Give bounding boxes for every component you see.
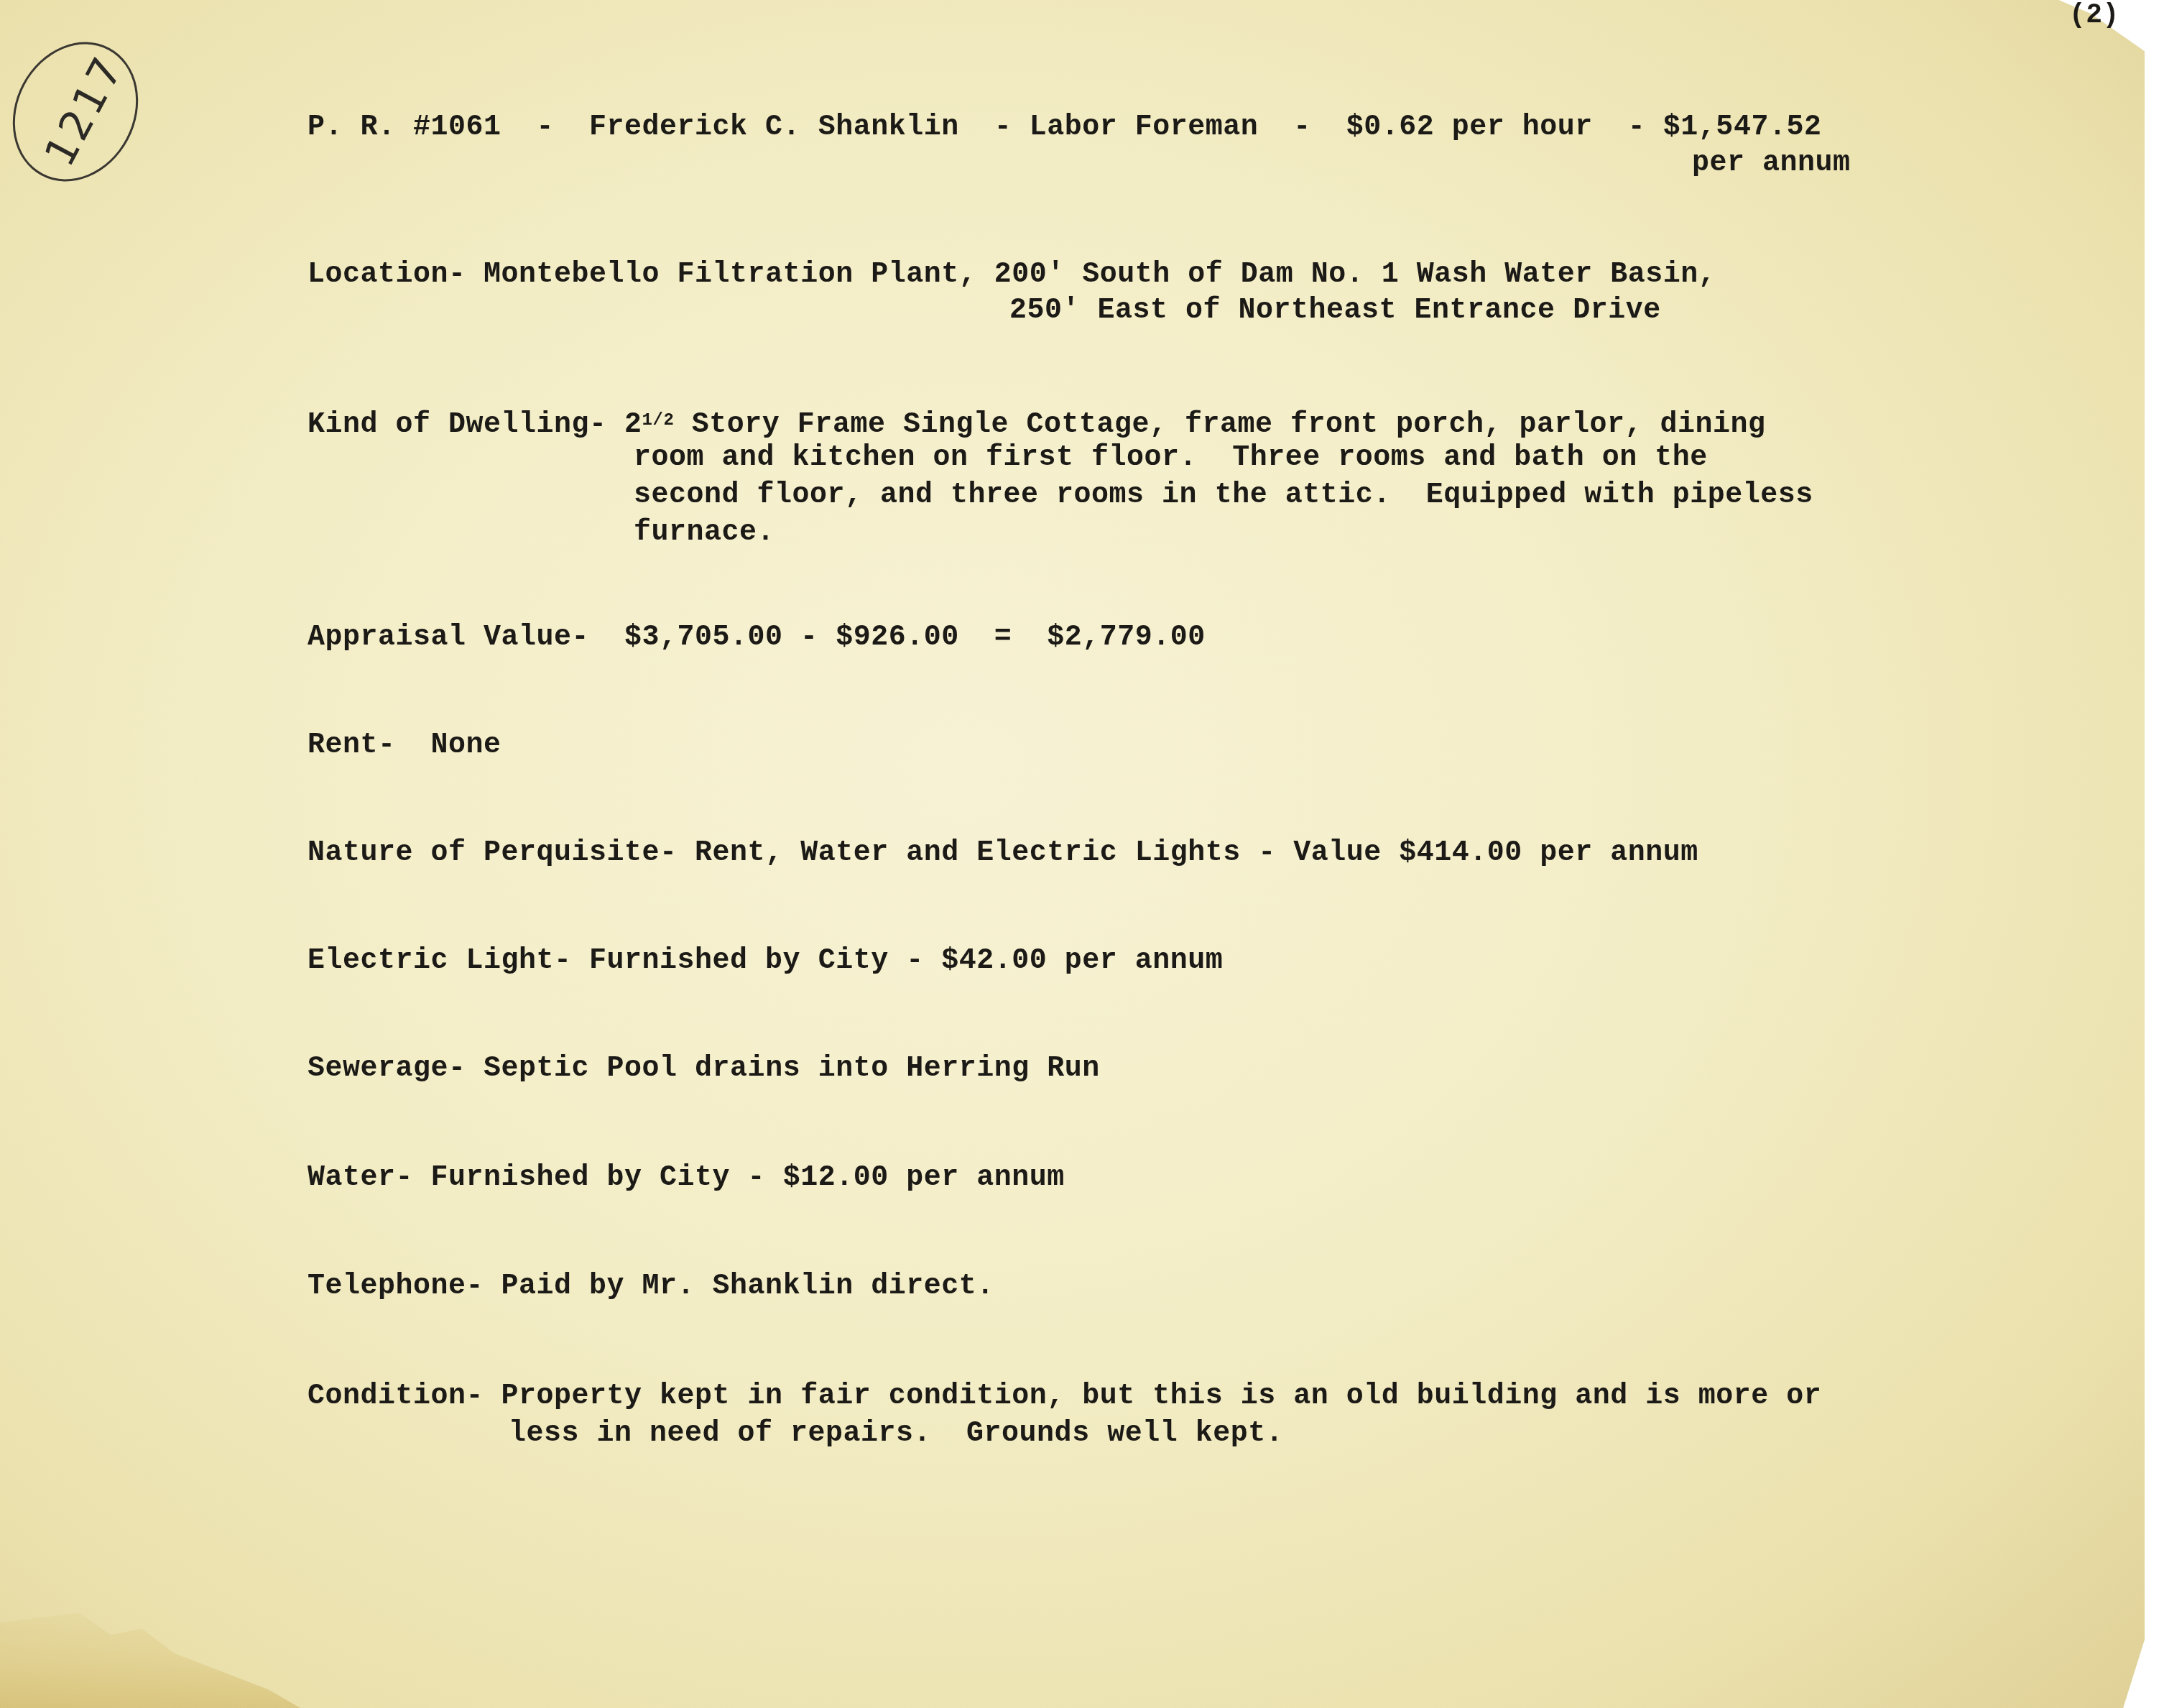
condition-line2: less in need of repairs. Grounds well ke… [509, 1416, 1283, 1453]
perquisite-label: Nature of Perquisite- [308, 837, 678, 869]
location-line1: Montebello Filtration Plant, 200' South … [484, 259, 1716, 291]
appraisal-row: Appraisal Value- $3,705.00 - $926.00 = $… [308, 619, 1206, 657]
dwelling-line2: room and kitchen on first floor. Three r… [634, 440, 1708, 477]
dwelling-line3: second floor, and three rooms in the att… [634, 477, 1813, 514]
sewerage-row: Sewerage- Septic Pool drains into Herrin… [308, 1051, 1100, 1088]
rent-label: Rent- [308, 729, 396, 762]
employee-title: Labor Foreman [1030, 111, 1259, 144]
dwelling-line1: Story Frame Single Cottage, frame front … [692, 409, 1766, 441]
pr-number: P. R. #1061 [308, 111, 501, 144]
employee-name: Frederick C. Shanklin [589, 111, 959, 144]
electric-label: Electric Light- [308, 945, 572, 977]
hourly-rate: $0.62 per hour [1346, 111, 1593, 144]
story-whole: 2 [624, 409, 642, 441]
telephone-label: Telephone- [308, 1270, 484, 1303]
condition-line1: Property kept in fair condition, but thi… [501, 1380, 1822, 1413]
sewerage-label: Sewerage- [308, 1053, 466, 1085]
sewerage-value: Septic Pool drains into Herring Run [484, 1053, 1100, 1085]
rent-value: None [431, 729, 501, 762]
location-row: Location- Montebello Filtration Plant, 2… [308, 257, 1716, 294]
telephone-row: Telephone- Paid by Mr. Shanklin direct. [308, 1268, 994, 1306]
dwelling-row: Kind of Dwelling- 21/2 Story Frame Singl… [308, 402, 1766, 444]
dwelling-label: Kind of Dwelling- [308, 409, 607, 441]
location-line2: 250' East of Northeast Entrance Drive [1009, 292, 1661, 330]
annual-suffix: per annum [1692, 145, 1851, 183]
typed-document: (2) 1217 P. R. #1061 - Frederick C. Shan… [0, 0, 2164, 1708]
perquisite-row: Nature of Perquisite- Rent, Water and El… [308, 835, 1698, 872]
header-line: P. R. #1061 - Frederick C. Shanklin - La… [308, 109, 1821, 147]
water-row: Water- Furnished by City - $12.00 per an… [308, 1160, 1065, 1197]
water-value: Furnished by City - $12.00 per annum [431, 1162, 1065, 1194]
annual-amount: $1,547.52 [1663, 111, 1822, 144]
story-fraction: 1/2 [642, 411, 675, 430]
rent-row: Rent- None [308, 727, 501, 765]
electric-row: Electric Light- Furnished by City - $42.… [308, 943, 1223, 980]
appraisal-label: Appraisal Value- [308, 622, 589, 654]
page-number: (2) [2069, 0, 2119, 31]
water-label: Water- [308, 1162, 413, 1194]
appraisal-value: $3,705.00 - $926.00 = $2,779.00 [624, 622, 1206, 654]
telephone-value: Paid by Mr. Shanklin direct. [501, 1270, 994, 1303]
location-label: Location- [308, 259, 466, 291]
dwelling-line4: furnace. [634, 514, 774, 552]
condition-row: Condition- Property kept in fair conditi… [308, 1378, 1821, 1416]
electric-value: Furnished by City - $42.00 per annum [589, 945, 1223, 977]
perquisite-value: Rent, Water and Electric Lights - Value … [695, 837, 1698, 869]
condition-label: Condition- [308, 1380, 484, 1413]
